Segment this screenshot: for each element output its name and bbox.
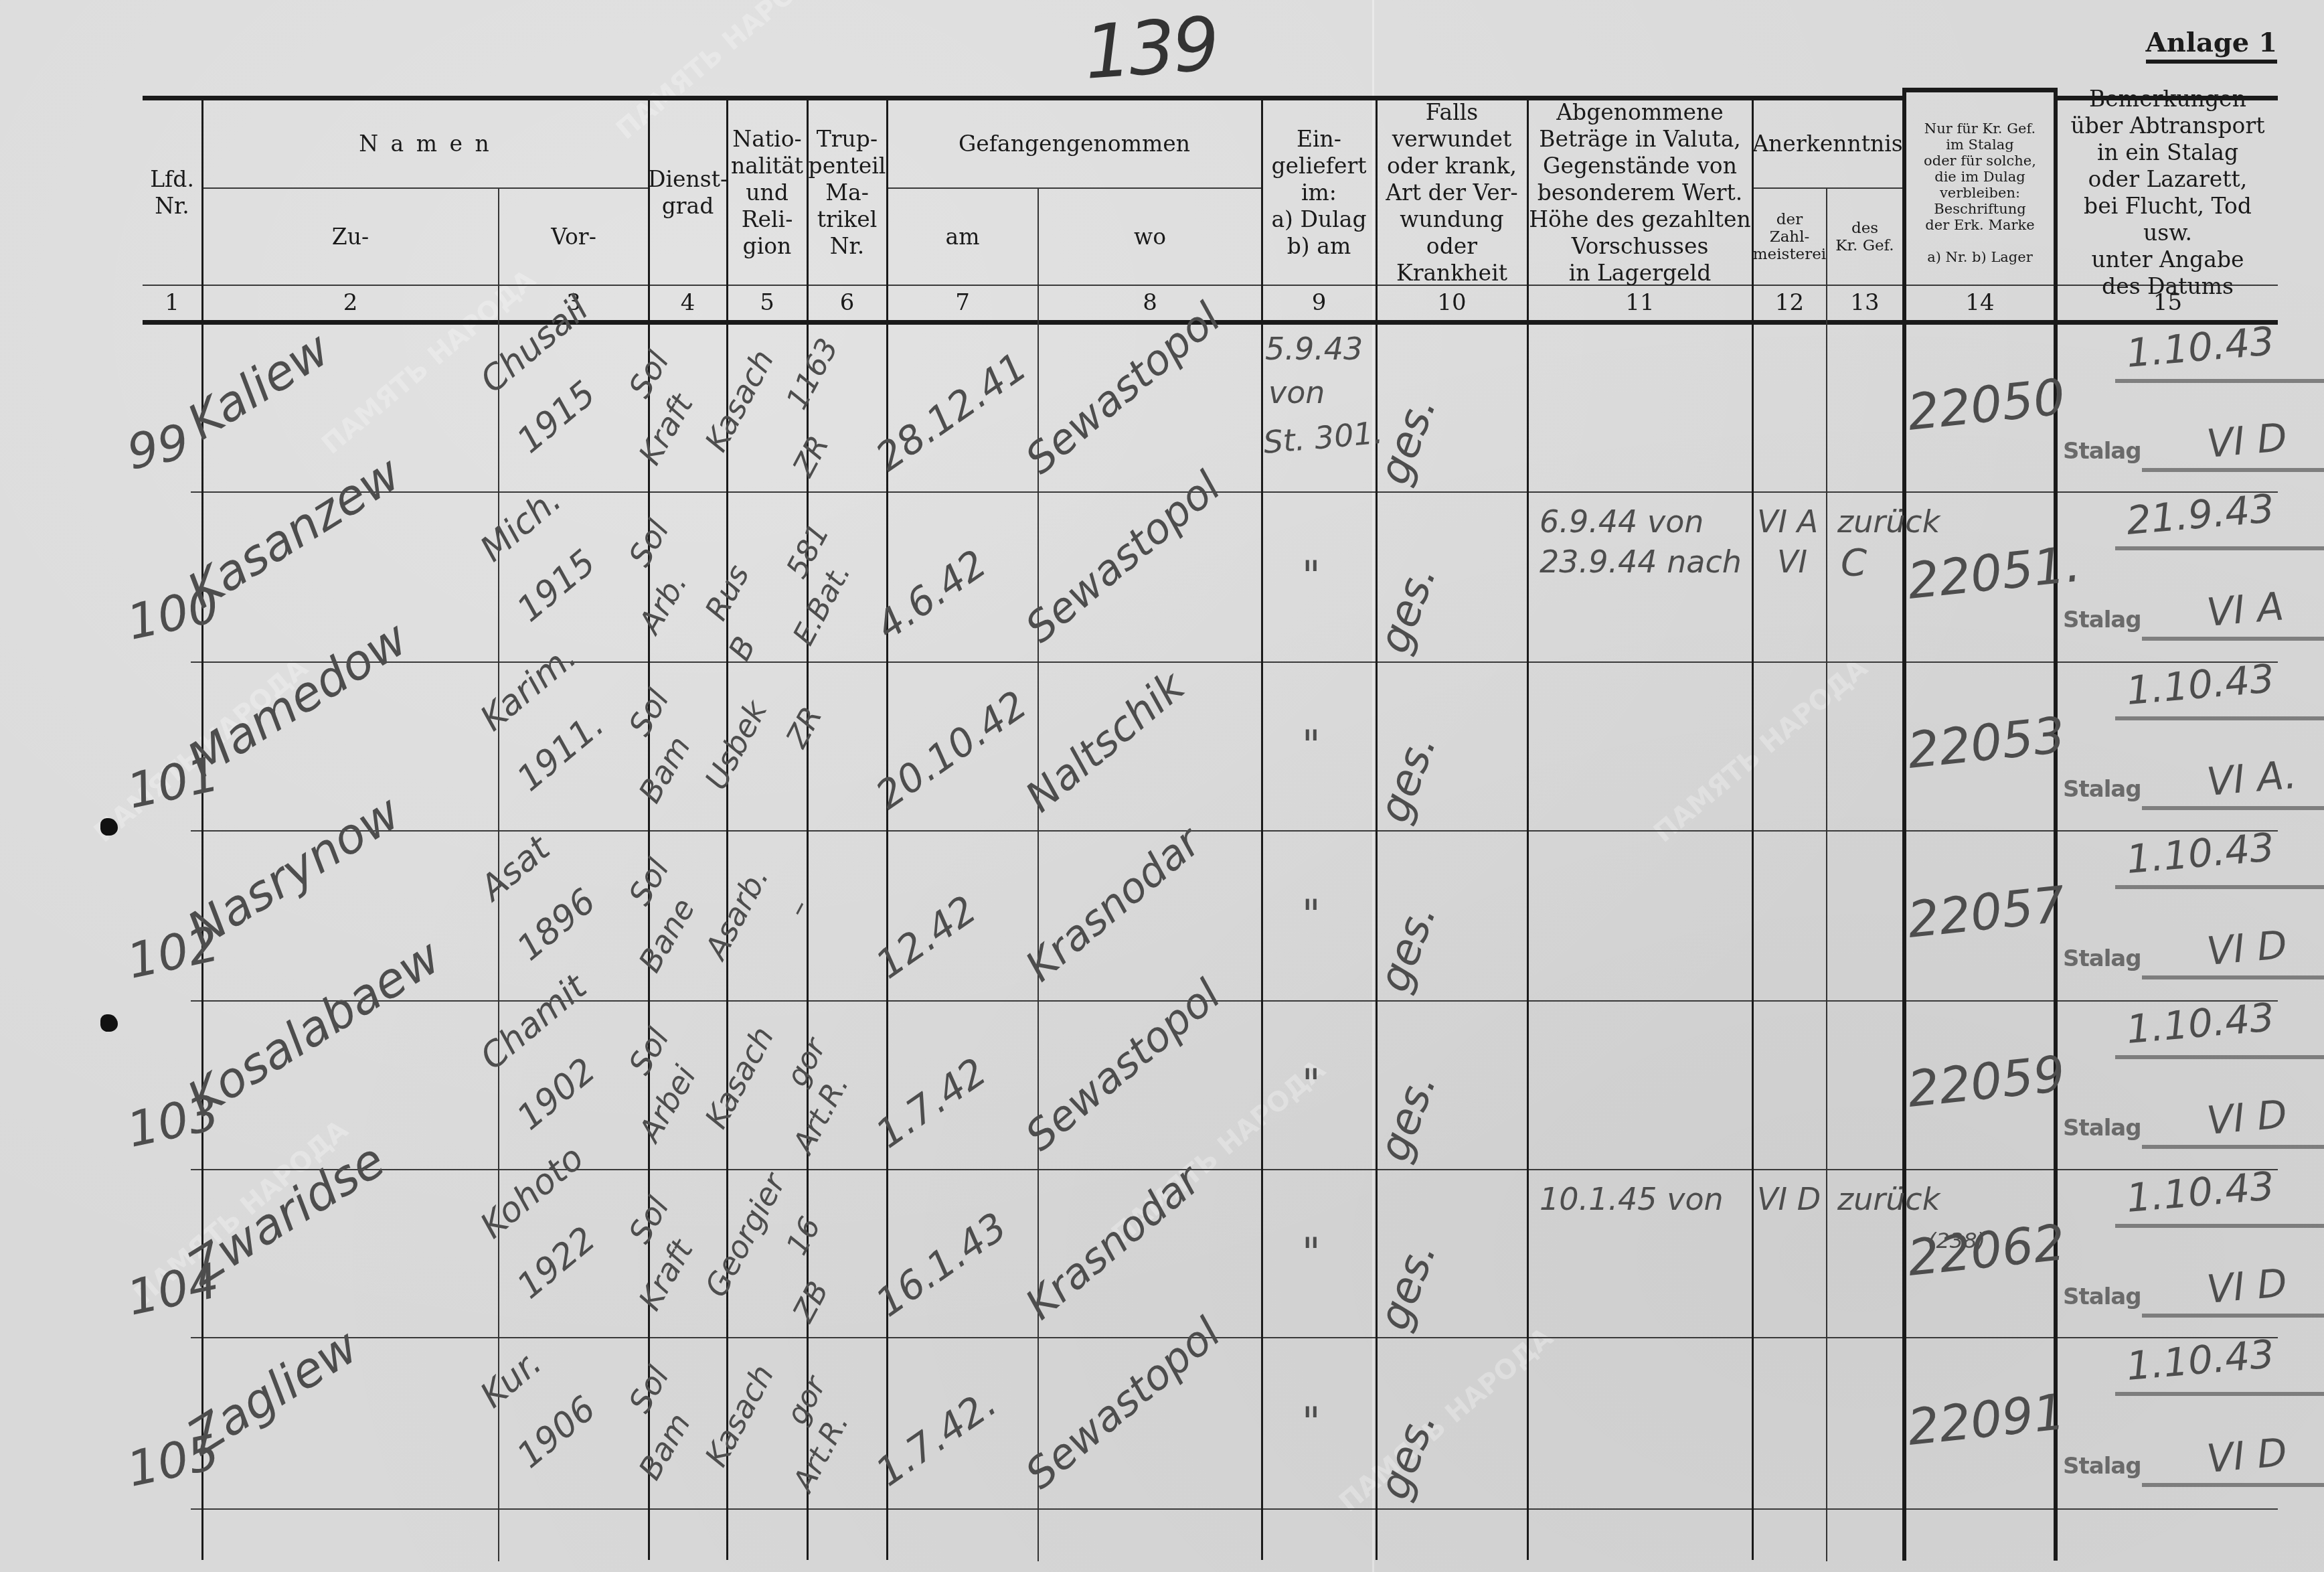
column-number: 2 [203,289,498,316]
stamp-underline [2142,975,2324,979]
remark-camp: VI D [2205,414,2289,467]
stamp-underline [2142,637,2324,641]
stamp-underline [2115,1055,2324,1059]
delivered-ditto: " [1302,892,1321,939]
header-paymaster: der Zahl- meisterei [1753,189,1826,285]
valuables-entry: 10.1.45 von [1540,1181,1724,1217]
delivered-date: 5.9.43 [1265,331,1363,367]
remark-stamp: Stalag [2063,776,2141,803]
header-remarks: Bemerkungen über Abtransport in ein Stal… [2058,100,2278,285]
delivered-from: von [1268,374,1325,410]
col-divider [1752,100,1754,1560]
column-number: 1 [143,289,201,316]
stamp-underline [2115,1392,2324,1396]
stamp-underline [2115,379,2324,383]
header-valuables: Abgenommene Beträge in Valuta, Gegenstän… [1528,100,1752,285]
col-divider [726,100,728,1560]
col-divider [1261,100,1263,1560]
remark-stamp: Stalag [2063,945,2141,972]
delivered-ditto: " [1302,1061,1321,1108]
remark-camp: VI D [2205,1429,2289,1482]
punch-hole [100,1014,118,1032]
col-divider [648,100,650,1560]
column-number: 4 [649,289,726,316]
header-delivered: Ein- geliefert im: a) Dulag b) am [1262,100,1376,285]
header-nationality: Natio- nalität und Reli- gion [728,100,807,285]
header-captured: Gefangengenommen [888,100,1261,187]
header-unit: Trup- penteil Ma- trikel Nr. [808,100,886,285]
punch-hole [100,818,118,836]
column-number: 14 [1906,289,2054,316]
ack-paymaster: VI D [1757,1181,1821,1217]
header-surname: Zu- [203,189,498,285]
header-captured-place: wo [1039,189,1261,285]
remark-stamp: Stalag [2063,1283,2141,1310]
header-names: N a m e n [203,100,648,187]
stamp-underline [2115,885,2324,889]
col-divider [201,100,203,1560]
row-divider [191,1337,2278,1338]
column-number: 8 [1039,289,1261,316]
remark-camp: VI D [2205,922,2289,974]
col14-top-rule [1904,88,2056,92]
col-divider [1376,100,1378,1560]
valuables-entry: 23.9.44 nach [1540,544,1742,580]
column-number: 5 [728,289,807,316]
stamp-underline [2142,1483,2324,1487]
col-divider [1826,189,1827,1561]
ack-paymaster: VI [1777,544,1807,580]
stamp-underline [2142,1314,2324,1318]
remark-camp: VI D [2205,1259,2289,1312]
delivered-ditto: " [1302,1399,1321,1446]
page-number: 139 [1082,1,1220,95]
remark-stamp: Stalag [2063,607,2141,633]
row-divider [191,1169,2278,1170]
delivered-ditto: " [1302,722,1321,769]
header-captured-date: am [888,189,1037,285]
row-divider [191,491,2278,493]
stamp-underline [2115,546,2324,550]
valuables-entry: 6.9.44 von [1540,503,1704,540]
column-number: 6 [808,289,886,316]
column-number: 11 [1528,289,1752,316]
annex-label: Anlage 1 [2146,27,2277,64]
stamp-underline [2142,468,2324,472]
remark-stamp: Stalag [2063,438,2141,465]
row-divider [191,661,2278,663]
col-divider [1037,189,1039,1561]
remark-camp: VI D [2205,1091,2289,1144]
column-number: 13 [1827,289,1902,316]
col-divider [807,100,809,1560]
column-number: 7 [888,289,1037,316]
ack-pow: zurück [1837,503,1940,540]
header-acknowledgement: Anerkenntnis [1753,100,1902,187]
column-number: 10 [1377,289,1527,316]
header-wound: Falls verwundet oder krank, Art der Ver-… [1377,100,1527,285]
stamp-underline [2142,806,2324,810]
colnum-rule [143,285,2278,286]
remark-stamp: Stalag [2063,1453,2141,1480]
header-lfd-nr: Lfd. Nr. [143,100,201,285]
remark-stamp: Stalag [2063,1115,2141,1142]
header-pow: des Kr. Gef. [1827,189,1902,285]
row-divider [191,830,2278,832]
column-number: 9 [1262,289,1376,316]
ack-paymaster: VI A [1757,503,1818,540]
row-divider [191,1000,2278,1002]
stamp-underline [2142,1145,2324,1149]
header-rank: Dienst- grad [649,100,726,285]
stamp-underline [2115,716,2324,720]
header-firstname: Vor- [499,189,648,285]
col-divider [1527,100,1529,1560]
ack-pow: zurück [1837,1181,1940,1217]
column-number: 15 [2058,289,2278,316]
row-divider [191,1508,2278,1510]
ack-pow: C [1841,541,1867,584]
column-number: 12 [1753,289,1826,316]
col-divider [886,100,888,1560]
stamp-underline [2115,1224,2324,1228]
header-tag: Nur für Kr. Gef. im Stalag oder für solc… [1906,100,2054,285]
delivered-ditto: " [1302,553,1321,600]
remark-camp: VI A. [2205,752,2299,805]
delivered-ditto: " [1302,1230,1321,1277]
remark-camp: VI A [2205,583,2285,635]
